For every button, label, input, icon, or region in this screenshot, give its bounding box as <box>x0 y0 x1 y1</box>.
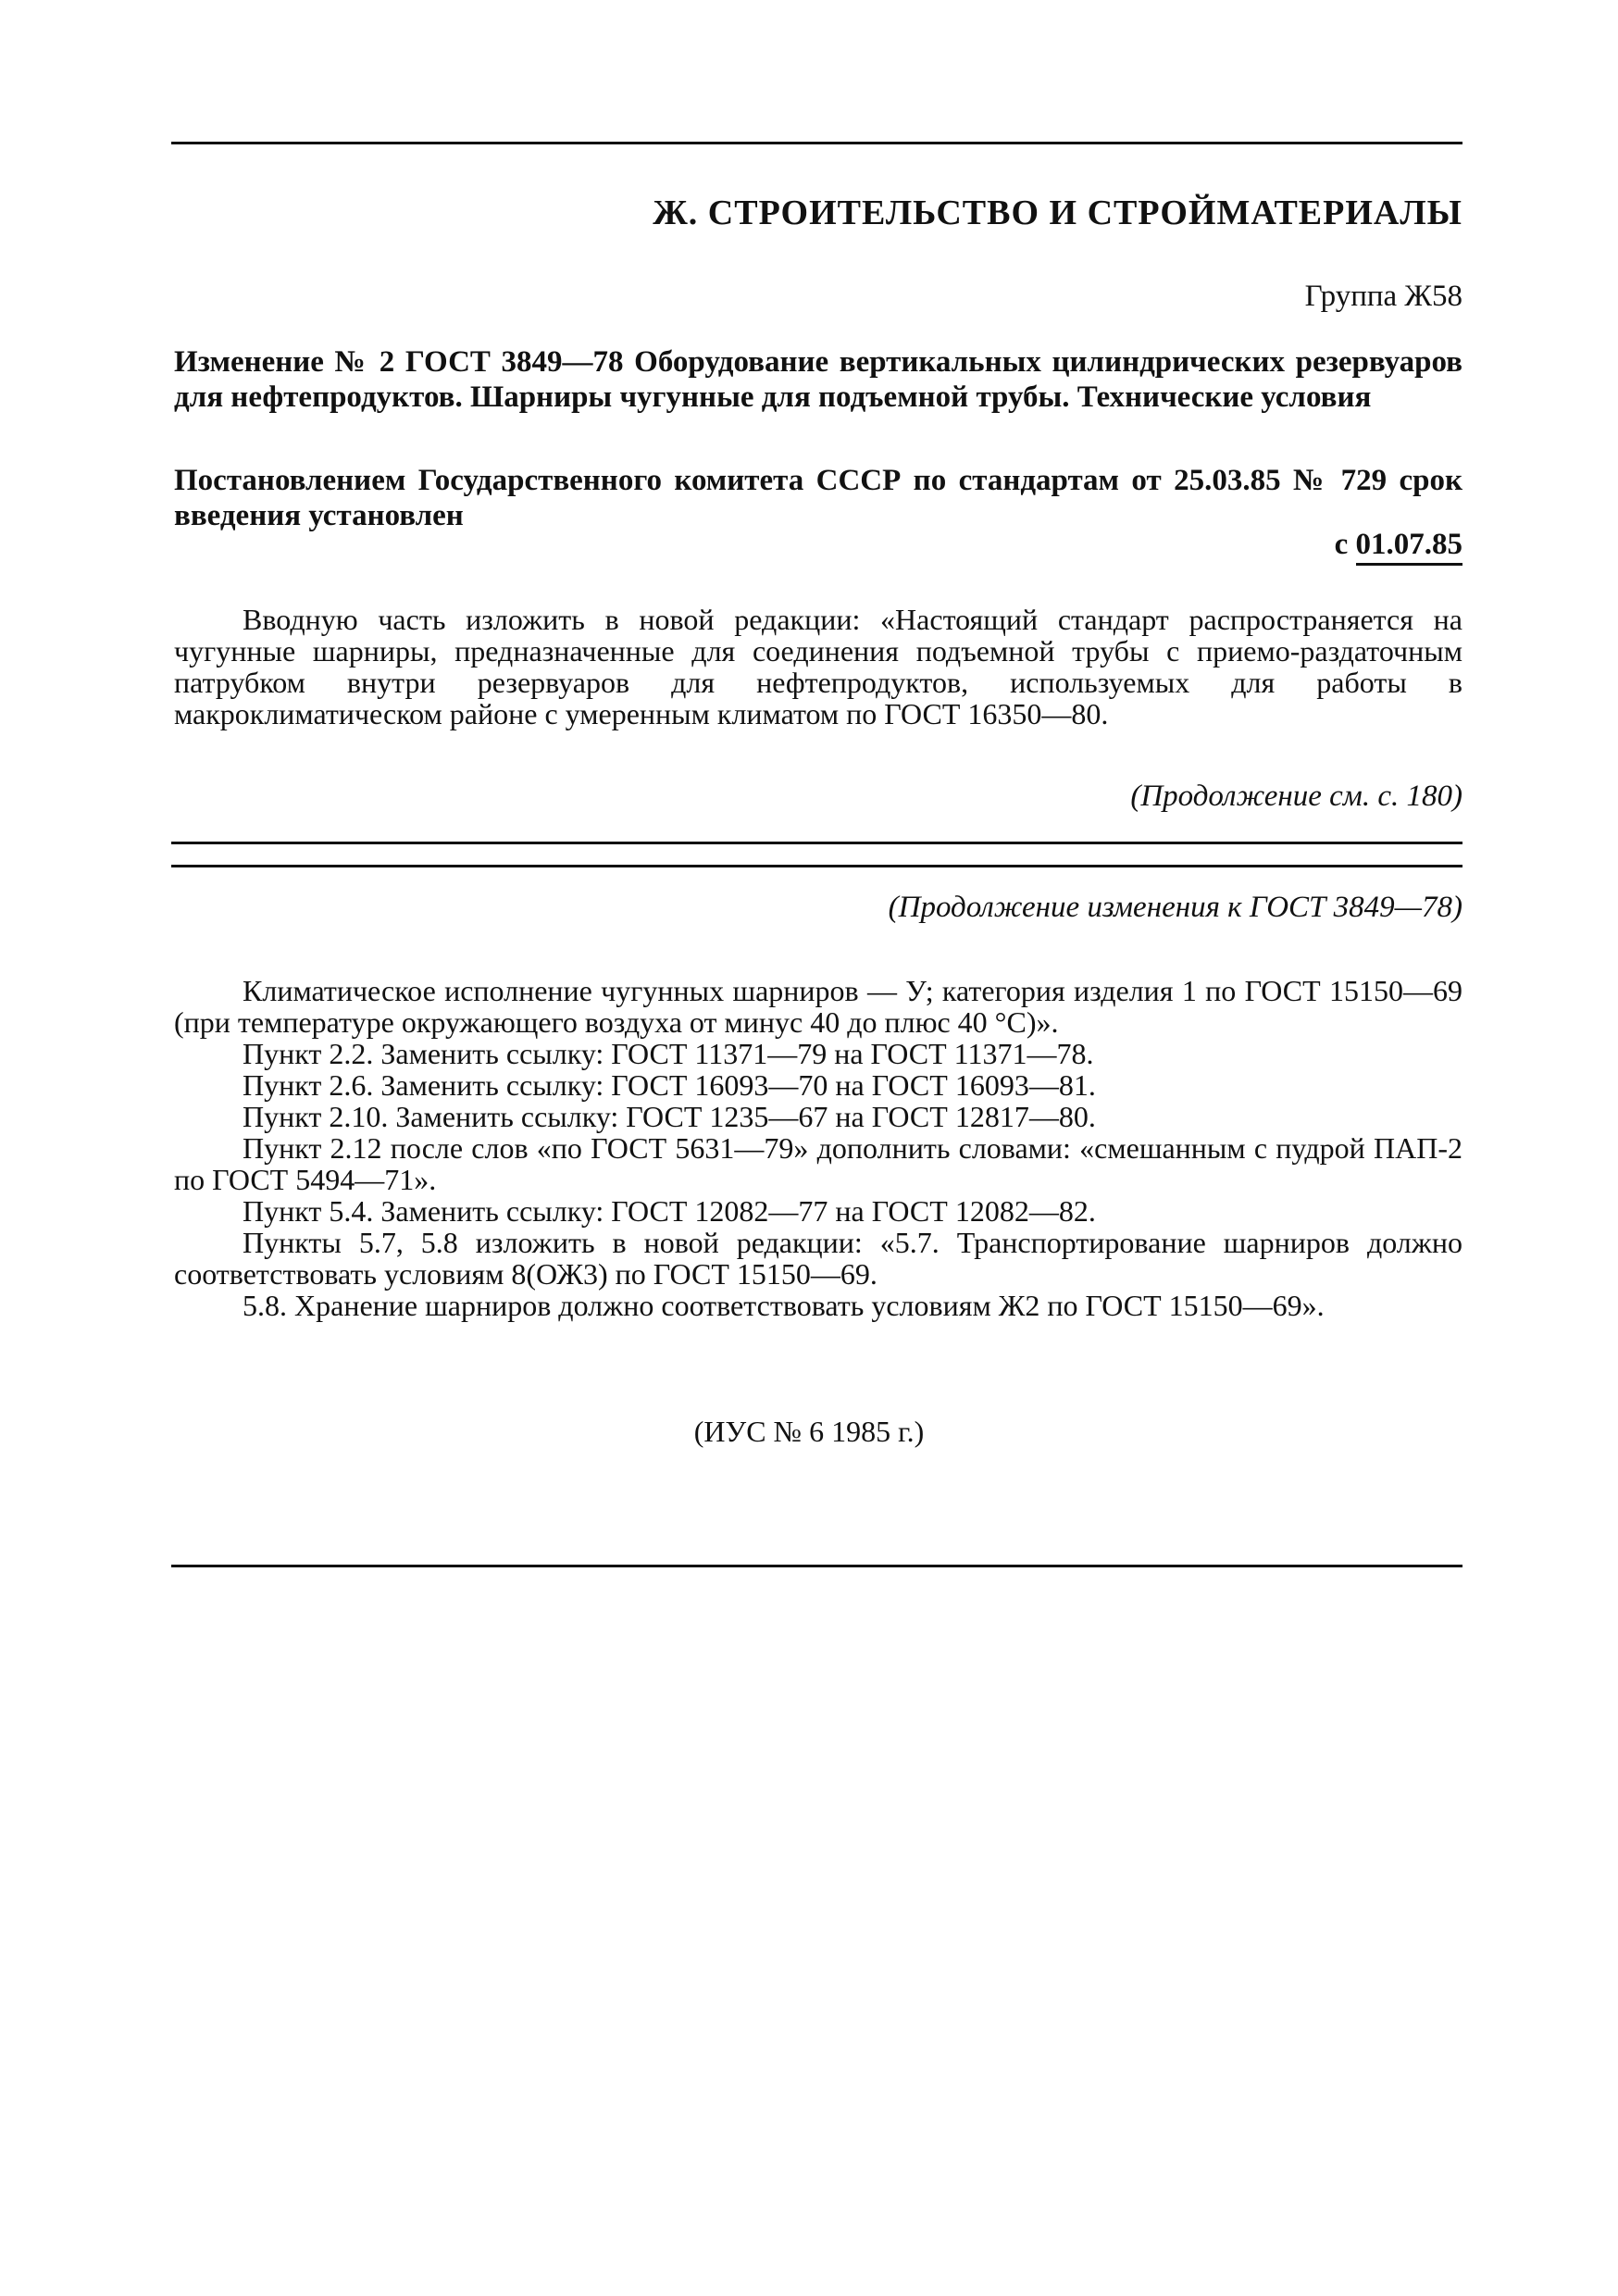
resolution-text: Постановлением Государственного комитета… <box>174 463 1462 533</box>
paragraph-2-6: Пункт 2.6. Заменить ссылку: ГОСТ 16093—7… <box>174 1069 1462 1101</box>
amendments-body: Климатическое исполнение чугунных шарнир… <box>174 975 1462 1321</box>
paragraph-2-12: Пункт 2.12 после слов «по ГОСТ 5631—79» … <box>174 1132 1462 1195</box>
change-title: Изменение № 2 ГОСТ 3849—78 Оборудование … <box>174 344 1462 415</box>
intro-text: Вводную часть изложить в новой редакции:… <box>174 604 1462 730</box>
effective-prefix: с <box>1335 528 1349 561</box>
paragraph-2-2: Пункт 2.2. Заменить ссылку: ГОСТ 11371—7… <box>174 1038 1462 1069</box>
effective-date: с 01.07.85 <box>1335 528 1462 562</box>
top-rule <box>171 142 1462 144</box>
bottom-rule <box>171 1565 1462 1567</box>
section-title: Ж. СТРОИТЕЛЬСТВО И СТРОЙМАТЕРИАЛЫ <box>653 193 1462 233</box>
paragraph-2-10: Пункт 2.10. Заменить ссылку: ГОСТ 1235—6… <box>174 1101 1462 1132</box>
paragraph-climate: Климатическое исполнение чугунных шарнир… <box>174 975 1462 1038</box>
paragraph-5-4: Пункт 5.4. Заменить ссылку: ГОСТ 12082—7… <box>174 1195 1462 1227</box>
ius-reference: (ИУС № 6 1985 г.) <box>0 1415 1618 1449</box>
group-code: Группа Ж58 <box>1305 280 1462 314</box>
intro-paragraph: Вводную часть изложить в новой редакции:… <box>174 604 1462 730</box>
paragraph-5-8: 5.8. Хранение шарниров должно соответств… <box>174 1290 1462 1321</box>
effective-date-value: 01.07.85 <box>1356 528 1463 566</box>
page-end-rule <box>171 842 1462 844</box>
continuation-header: (Продолжение изменения к ГОСТ 3849—78) <box>889 891 1462 925</box>
page-start-rule <box>171 865 1462 867</box>
continuation-note: (Продолжение см. с. 180) <box>1130 780 1462 814</box>
paragraph-5-7: Пункты 5.7, 5.8 изложить в новой редакци… <box>174 1227 1462 1290</box>
